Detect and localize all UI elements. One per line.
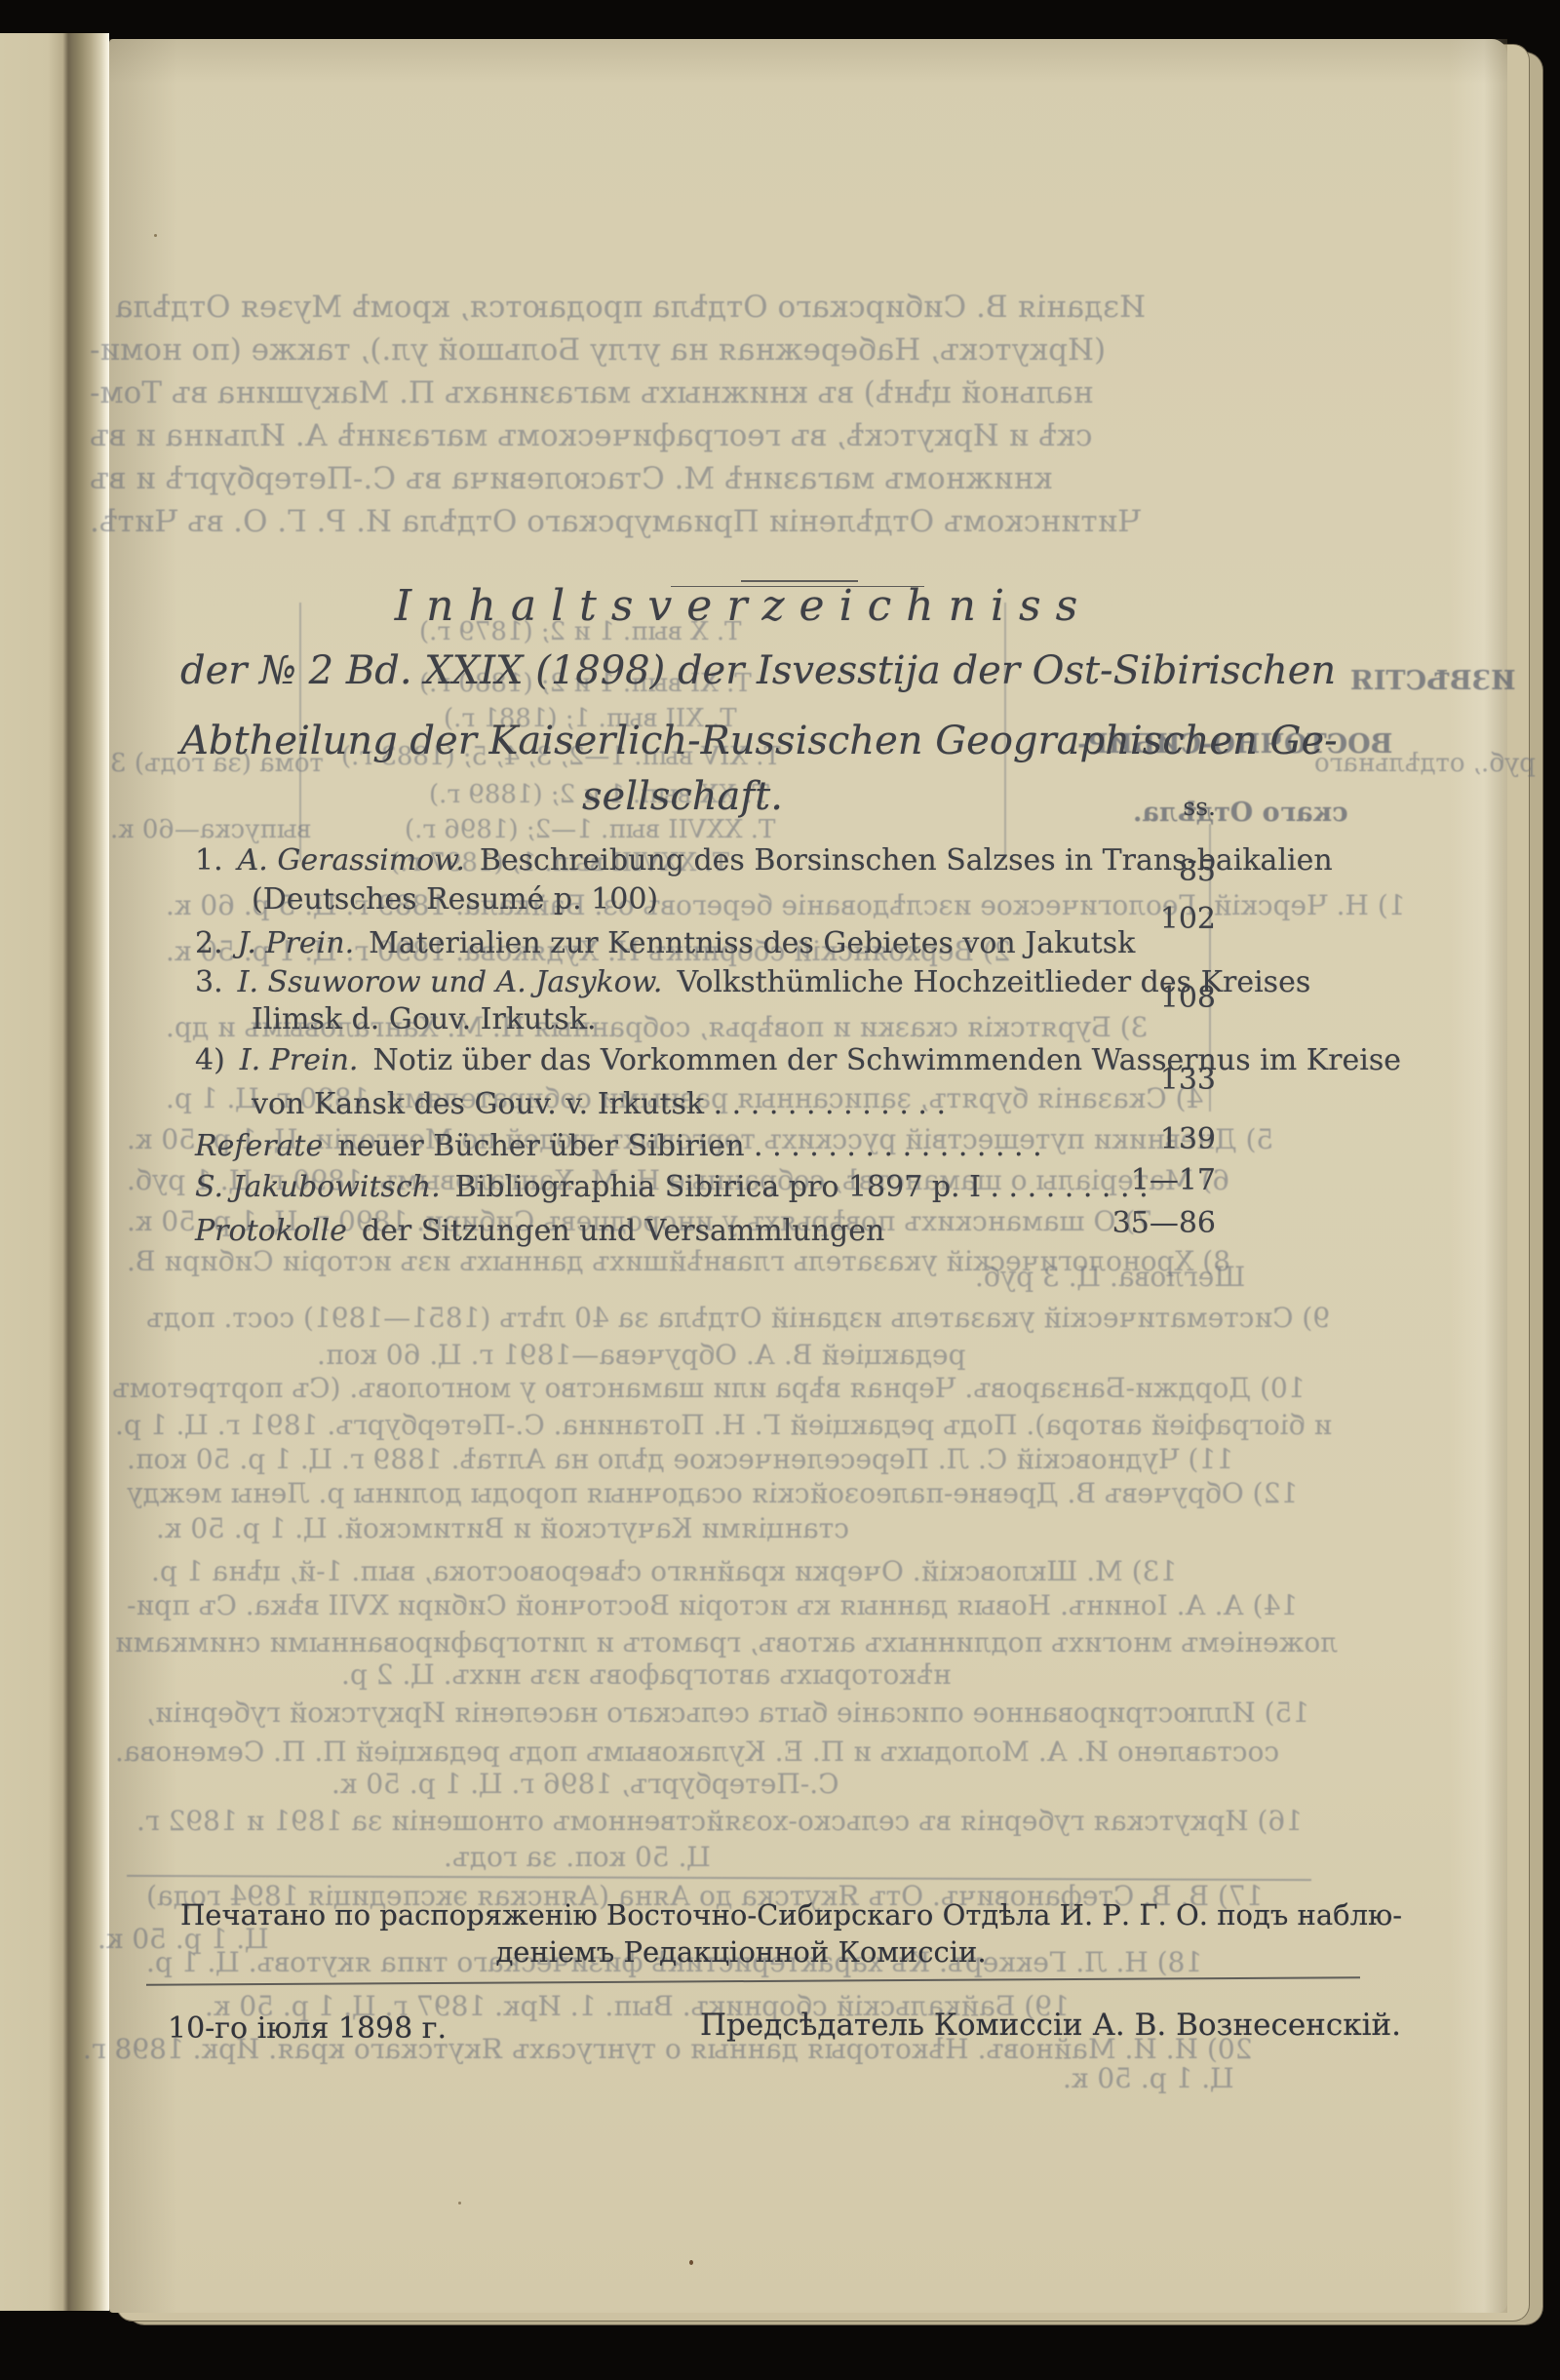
page-title: Inhaltsverzeichniss (175, 585, 1311, 628)
toc-entry-number: 1. (195, 843, 223, 878)
toc-subtitle-line: der № 2 Bd. XXIX (1898) der Isvesstija d… (180, 651, 1302, 690)
toc-entry-number: 4) (195, 1043, 225, 1077)
toc-entry-referate-page-number: 139 (1070, 1125, 1216, 1154)
bleedthrough-item-line: 9) Систематическій указатель изданій Отд… (146, 1305, 1330, 1332)
bleedthrough-item-line: 16) Иркутская губернія въ сельско-хозяйс… (136, 1808, 1303, 1835)
facing-page-strip (0, 33, 68, 2311)
bleedthrough-volume-line: Т. XXVII вып. 1—2; (1896 г.) (405, 817, 775, 842)
toc-entry-3-line-2: Ilimsk d. Gouv. Irkutsk. (252, 1005, 597, 1034)
bleedthrough-price-fragment: руб., отдѣльнаго (1314, 751, 1536, 776)
toc-entry-number: 3. (195, 965, 223, 999)
toc-entry-lead: Referate (195, 1129, 323, 1163)
bleedthrough-sale-notice-line: (Иркутскъ, Набережная на углу Большой ул… (90, 335, 1106, 366)
toc-entry-author: A. Gerassimow. (238, 843, 465, 878)
toc-entry-4-line-2: von Kansk des Gouv. v. Irkutsk . . . . .… (252, 1090, 946, 1119)
toc-entry-text: Bibliographia Sibirica pro 1897 p. I . .… (455, 1170, 1149, 1204)
bleedthrough-item-line: и біографіей автора). Подъ редакціей Г. … (115, 1412, 1332, 1439)
toc-entry-text: Notiz über das Vorkommen der Schwimmende… (372, 1043, 1401, 1077)
paper-speck (689, 2260, 693, 2265)
bleedthrough-item-line: 15) Иллюстрированное описаніе быта сельс… (146, 1699, 1309, 1727)
bleedthrough-sale-notice-line: книжномъ магазинѣ М. Стасюлевича въ С.-П… (90, 464, 1053, 494)
bleedthrough-item-line: 14) А. А. Іонинъ. Новыя данныя къ исторі… (127, 1592, 1298, 1619)
toc-entry-2-page-number: 102 (1070, 905, 1216, 934)
bleedthrough-item-line: нѣкоторыхъ автографовъ изъ нихъ. Ц. 2 р. (341, 1661, 951, 1689)
bleedthrough-sale-notice-line: Изданія В. Сибирскаго Отдѣла продаются, … (115, 293, 1146, 323)
bleedthrough-sale-notice-line: Читинскомъ Отдѣленіи Приамурскаго Отдѣла… (90, 507, 1141, 537)
bleedthrough-item-line: станціями Качугской и Витимской. Ц. 1 р.… (156, 1515, 849, 1542)
toc-entry-1-page-number: 85 (1070, 857, 1216, 886)
bleedthrough-sale-notice-line: нальной цѣнѣ) въ книжныхъ магазинахъ П. … (90, 378, 1093, 409)
paper-speck (154, 234, 157, 237)
toc-entry-1-line-2: (Deutsches Resumé p. 100) (252, 885, 658, 915)
toc-entry-4-page-number: 133 (1070, 1066, 1216, 1095)
toc-entry-jakubowitsch-page-number: 1—17 (1070, 1166, 1216, 1195)
bleedthrough-item-line: 10) Дорджи-Банзаровъ. Черная вѣра или ша… (112, 1375, 1306, 1402)
bleedthrough-item-line: составлено И. А. Молодыхъ и П. Е. Кулако… (115, 1738, 1279, 1766)
page-top-shading (109, 39, 1507, 84)
toc-entry-text: Materialien zur Kenntniss des Gebietes v… (369, 926, 1135, 960)
toc-entry-lead: Protokolle (195, 1214, 347, 1248)
bleedthrough-item-line: 11) Чудновскій С. Л. Переселенческое дѣл… (127, 1446, 1233, 1473)
toc-entry-author: S. Jakubowitsch. (195, 1170, 441, 1204)
imprint-signature: Предсѣдатель Комиссіи А. В. Вознесенскій… (700, 2010, 1401, 2041)
bleedthrough-item-line: Шеглова. Ц. 3 руб. (975, 1264, 1245, 1291)
bleedthrough-item-line: редакціей В. А. Обручева—1891 г. Ц. 60 к… (317, 1342, 965, 1369)
toc-entry-author: I. Ssuworow und A. Jasykow. (238, 965, 663, 999)
toc-subtitle-line: sellschaft. (180, 777, 1185, 816)
toc-entry-referate: Referate neuer Bücher über Sibirien . . … (195, 1132, 1042, 1161)
toc-entry-text: der Sitzungen und Versammlungen (362, 1214, 884, 1248)
toc-entry-author: I. Prein. (240, 1043, 359, 1077)
bleedthrough-item-line: С.-Петербургъ, 1896 г. Ц. 1 р. 50 к. (331, 1771, 839, 1798)
paper-speck (458, 2202, 461, 2204)
toc-entry-text: neuer Bücher über Sibirien . . . . . . .… (337, 1129, 1041, 1163)
toc-entry-protokolle-page-number: 35—86 (1070, 1209, 1216, 1238)
bleedthrough-item-line: 13) М. Шкловскій. Очерки крайняго сѣверо… (151, 1558, 1177, 1585)
toc-entry-3-page-number: 108 (1070, 984, 1216, 1013)
bleedthrough-item-line: ложеніемъ многихъ подлинныхъ актовъ, гра… (115, 1629, 1338, 1657)
bleedthrough-masthead: ИЗВѢСТІЯ (1350, 668, 1516, 694)
bleedthrough-price-fragment: выпуска—60 к. (110, 817, 311, 842)
toc-entry-protokolle: Protokolle der Sitzungen und Versammlung… (195, 1217, 884, 1246)
toc-entry-2-line-1: 2. J. Prein. Materialien zur Kenntniss d… (195, 929, 1135, 958)
imprint-line-1: Печатано по распоряженію Восточно-Сибирс… (180, 1901, 1302, 1930)
toc-entry-author: J. Prein. (238, 926, 355, 960)
bleedthrough-item-line: 12) Обручевъ В. Древне-палеозойскія осад… (127, 1480, 1298, 1507)
toc-entry-number: 2. (195, 926, 223, 960)
toc-entry-4-line-1: 4) I. Prein. Notiz über das Vorkommen de… (195, 1046, 1401, 1075)
bleedthrough-item-line: Ц. 1 р. 50 к. (1063, 2065, 1234, 2092)
toc-entry-jakubowitsch: S. Jakubowitsch. Bibliographia Sibirica … (195, 1173, 1149, 1202)
bleedthrough-item-line: Ц. 50 коп. за годъ. (444, 1844, 711, 1871)
bleedthrough-sale-notice-line: скѣ и Иркутскѣ, въ географическомъ магаз… (90, 421, 1093, 451)
toc-subtitle-line: Abtheilung der Kaiserlich-Russischen Geo… (180, 722, 1302, 761)
imprint-date: 10-го іюля 1898 г. (168, 2014, 447, 2044)
book-scan: Изданія В. Сибирскаго Отдѣла продаются, … (0, 0, 1560, 2380)
pages-column-header: ss. (1070, 795, 1216, 819)
imprint-line-2: деніемъ Редакціонной Комиссіи. (180, 1938, 1302, 1967)
page-edge-shading (1449, 39, 1507, 2313)
